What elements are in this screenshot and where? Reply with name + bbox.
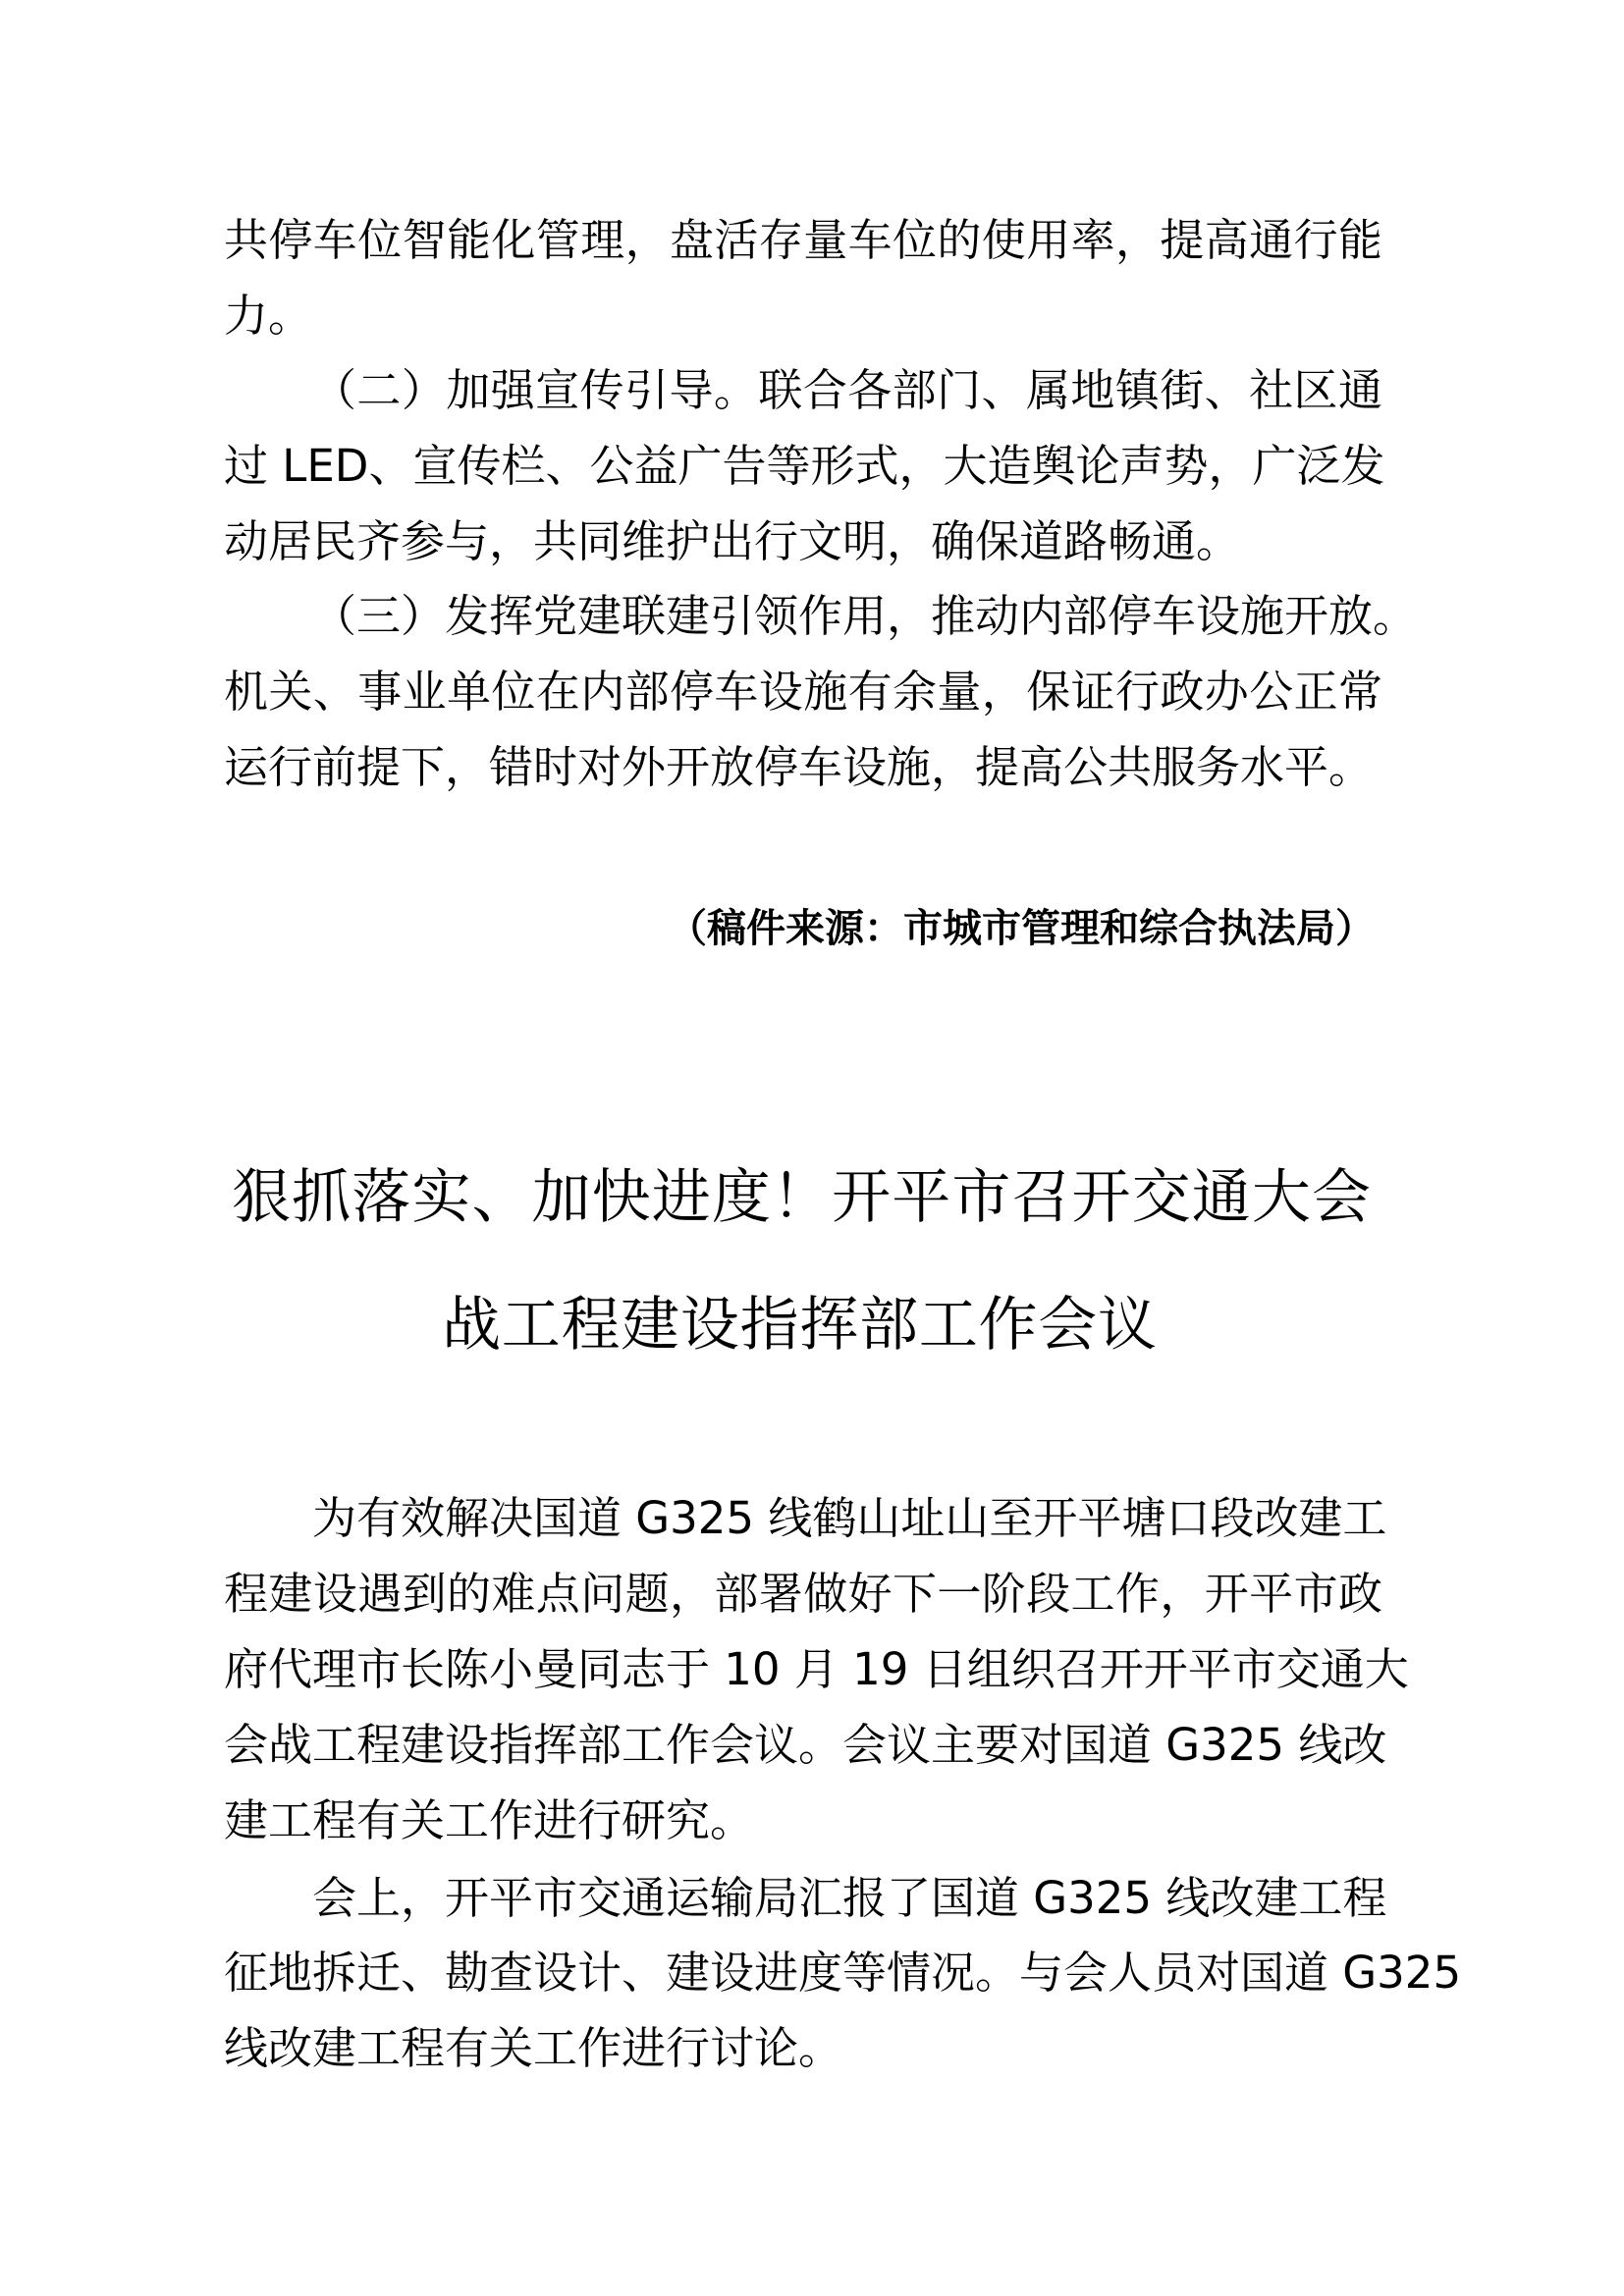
text-line: （二）加强宣传引导。联合各部门、属地镇街、社区通 [312,361,1382,420]
text-line: 为有效解决国道 G325 线鹤山址山至开平塘口段改建工 [312,1489,1382,1548]
text-line: 动居民齐参与，共同维护出行文明，确保道路畅通。 [224,512,1382,571]
text-line: 过 LED、宣传栏、公益广告等形式，大造舆论声势，广泛发 [224,437,1382,496]
article-source-credit: （稿件来源：市城市管理和综合执法局） [668,899,1375,958]
title-line: 战工程建设指挥部工作会议 [442,1286,1157,1364]
text-line: 程建设遇到的难点问题，部署做好下一阶段工作，开平市政 [224,1565,1382,1624]
text-line: 府代理市长陈小曼同志于 10 月 19 日组织召开开平市交通大 [224,1640,1382,1699]
text-line: 会上，开平市交通运输局汇报了国道 G325 线改建工程 [312,1869,1382,1928]
text-line: 建工程有关工作进行研究。 [224,1791,1382,1850]
title-line: 狠抓落实、加快进度！开平市召开交通大会 [232,1158,1371,1237]
text-line: 会战工程建设指挥部工作会议。会议主要对国道 G325 线改 [224,1716,1382,1775]
text-line: 机关、事业单位在内部停车设施有余量，保证行政办公正常 [224,663,1382,721]
text-line: 线改建工程有关工作进行讨论。 [224,2019,1382,2078]
text-line: 力。 [224,287,1382,346]
text-line: 运行前提下，错时对外开放停车设施，提高公共服务水平。 [224,738,1382,797]
document-page: 共停车位智能化管理，盘活存量车位的使用率，提高通行能 力。 （二）加强宣传引导。… [0,0,1624,2296]
text-line: 征地拆迁、勘查设计、建设进度等情况。与会人员对国道 G325 [224,1944,1382,2002]
text-line: （三）发挥党建联建引领作用，推动内部停车设施开放。 [312,587,1382,646]
text-line: 共停车位智能化管理，盘活存量车位的使用率，提高通行能 [224,211,1382,270]
